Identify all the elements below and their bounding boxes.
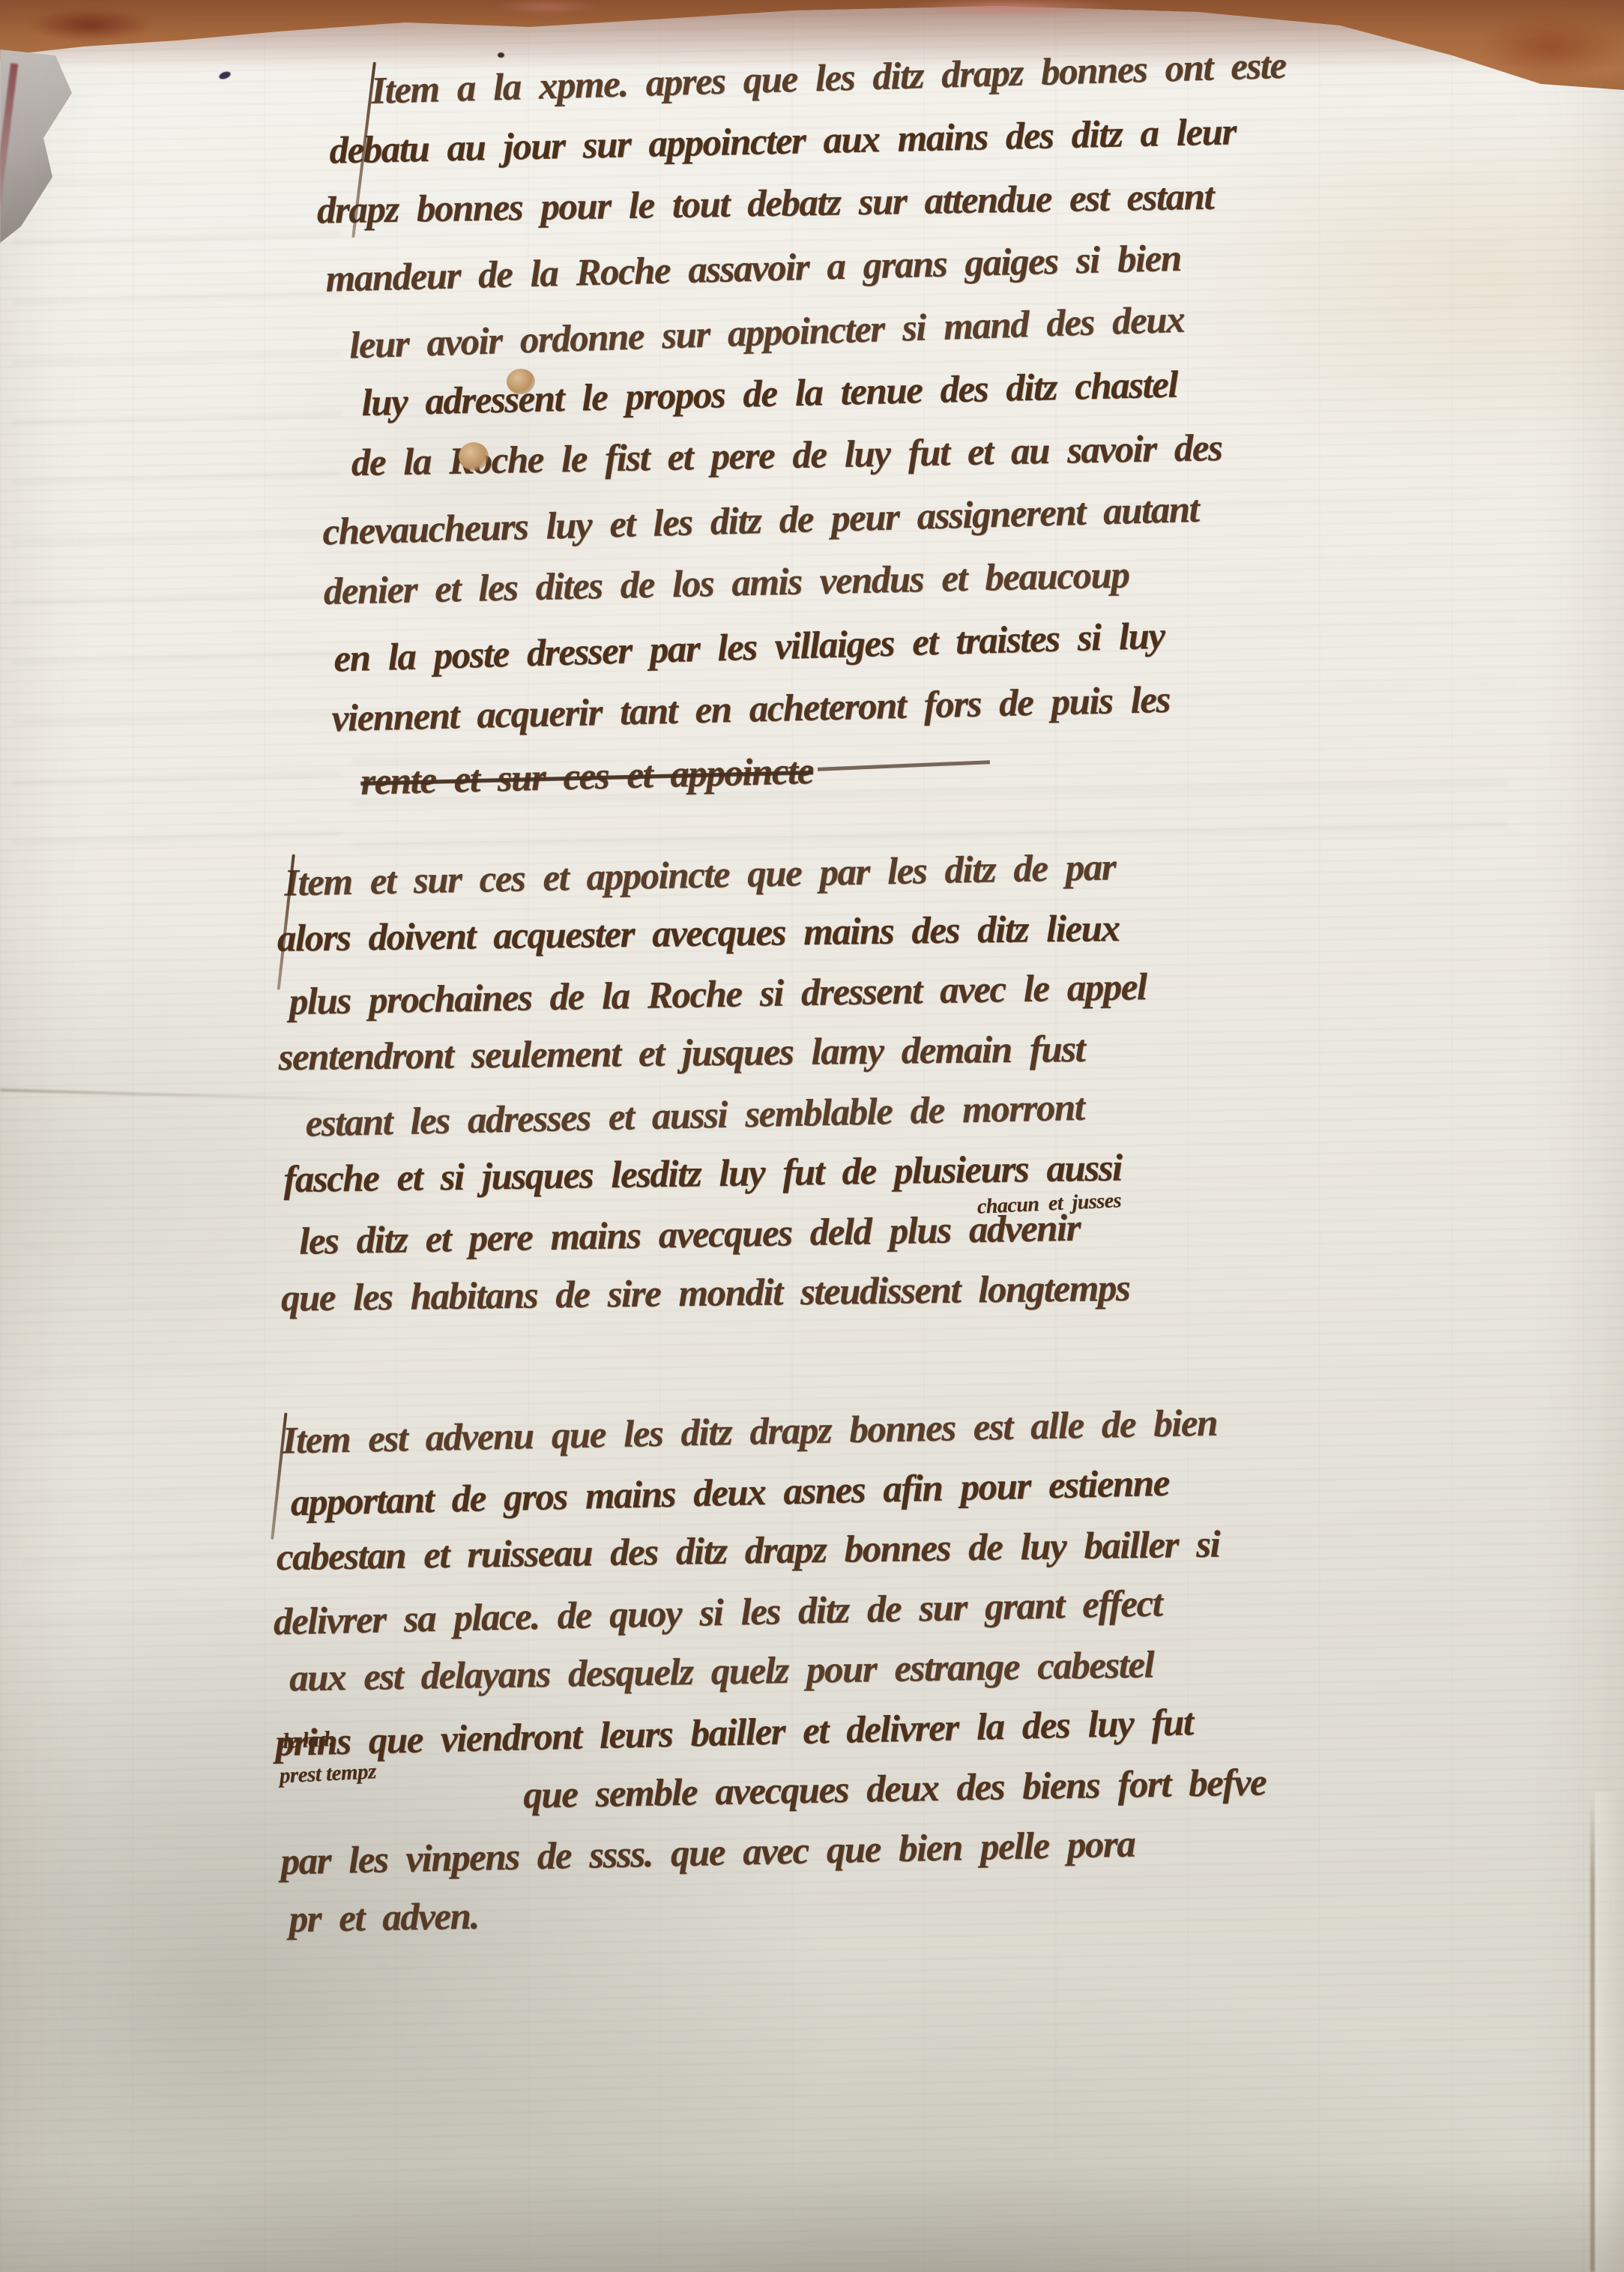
manuscript-photo: Item a la xpme. apres que les ditz drapz… <box>0 0 1624 2272</box>
photo-vignette <box>0 0 1624 2272</box>
